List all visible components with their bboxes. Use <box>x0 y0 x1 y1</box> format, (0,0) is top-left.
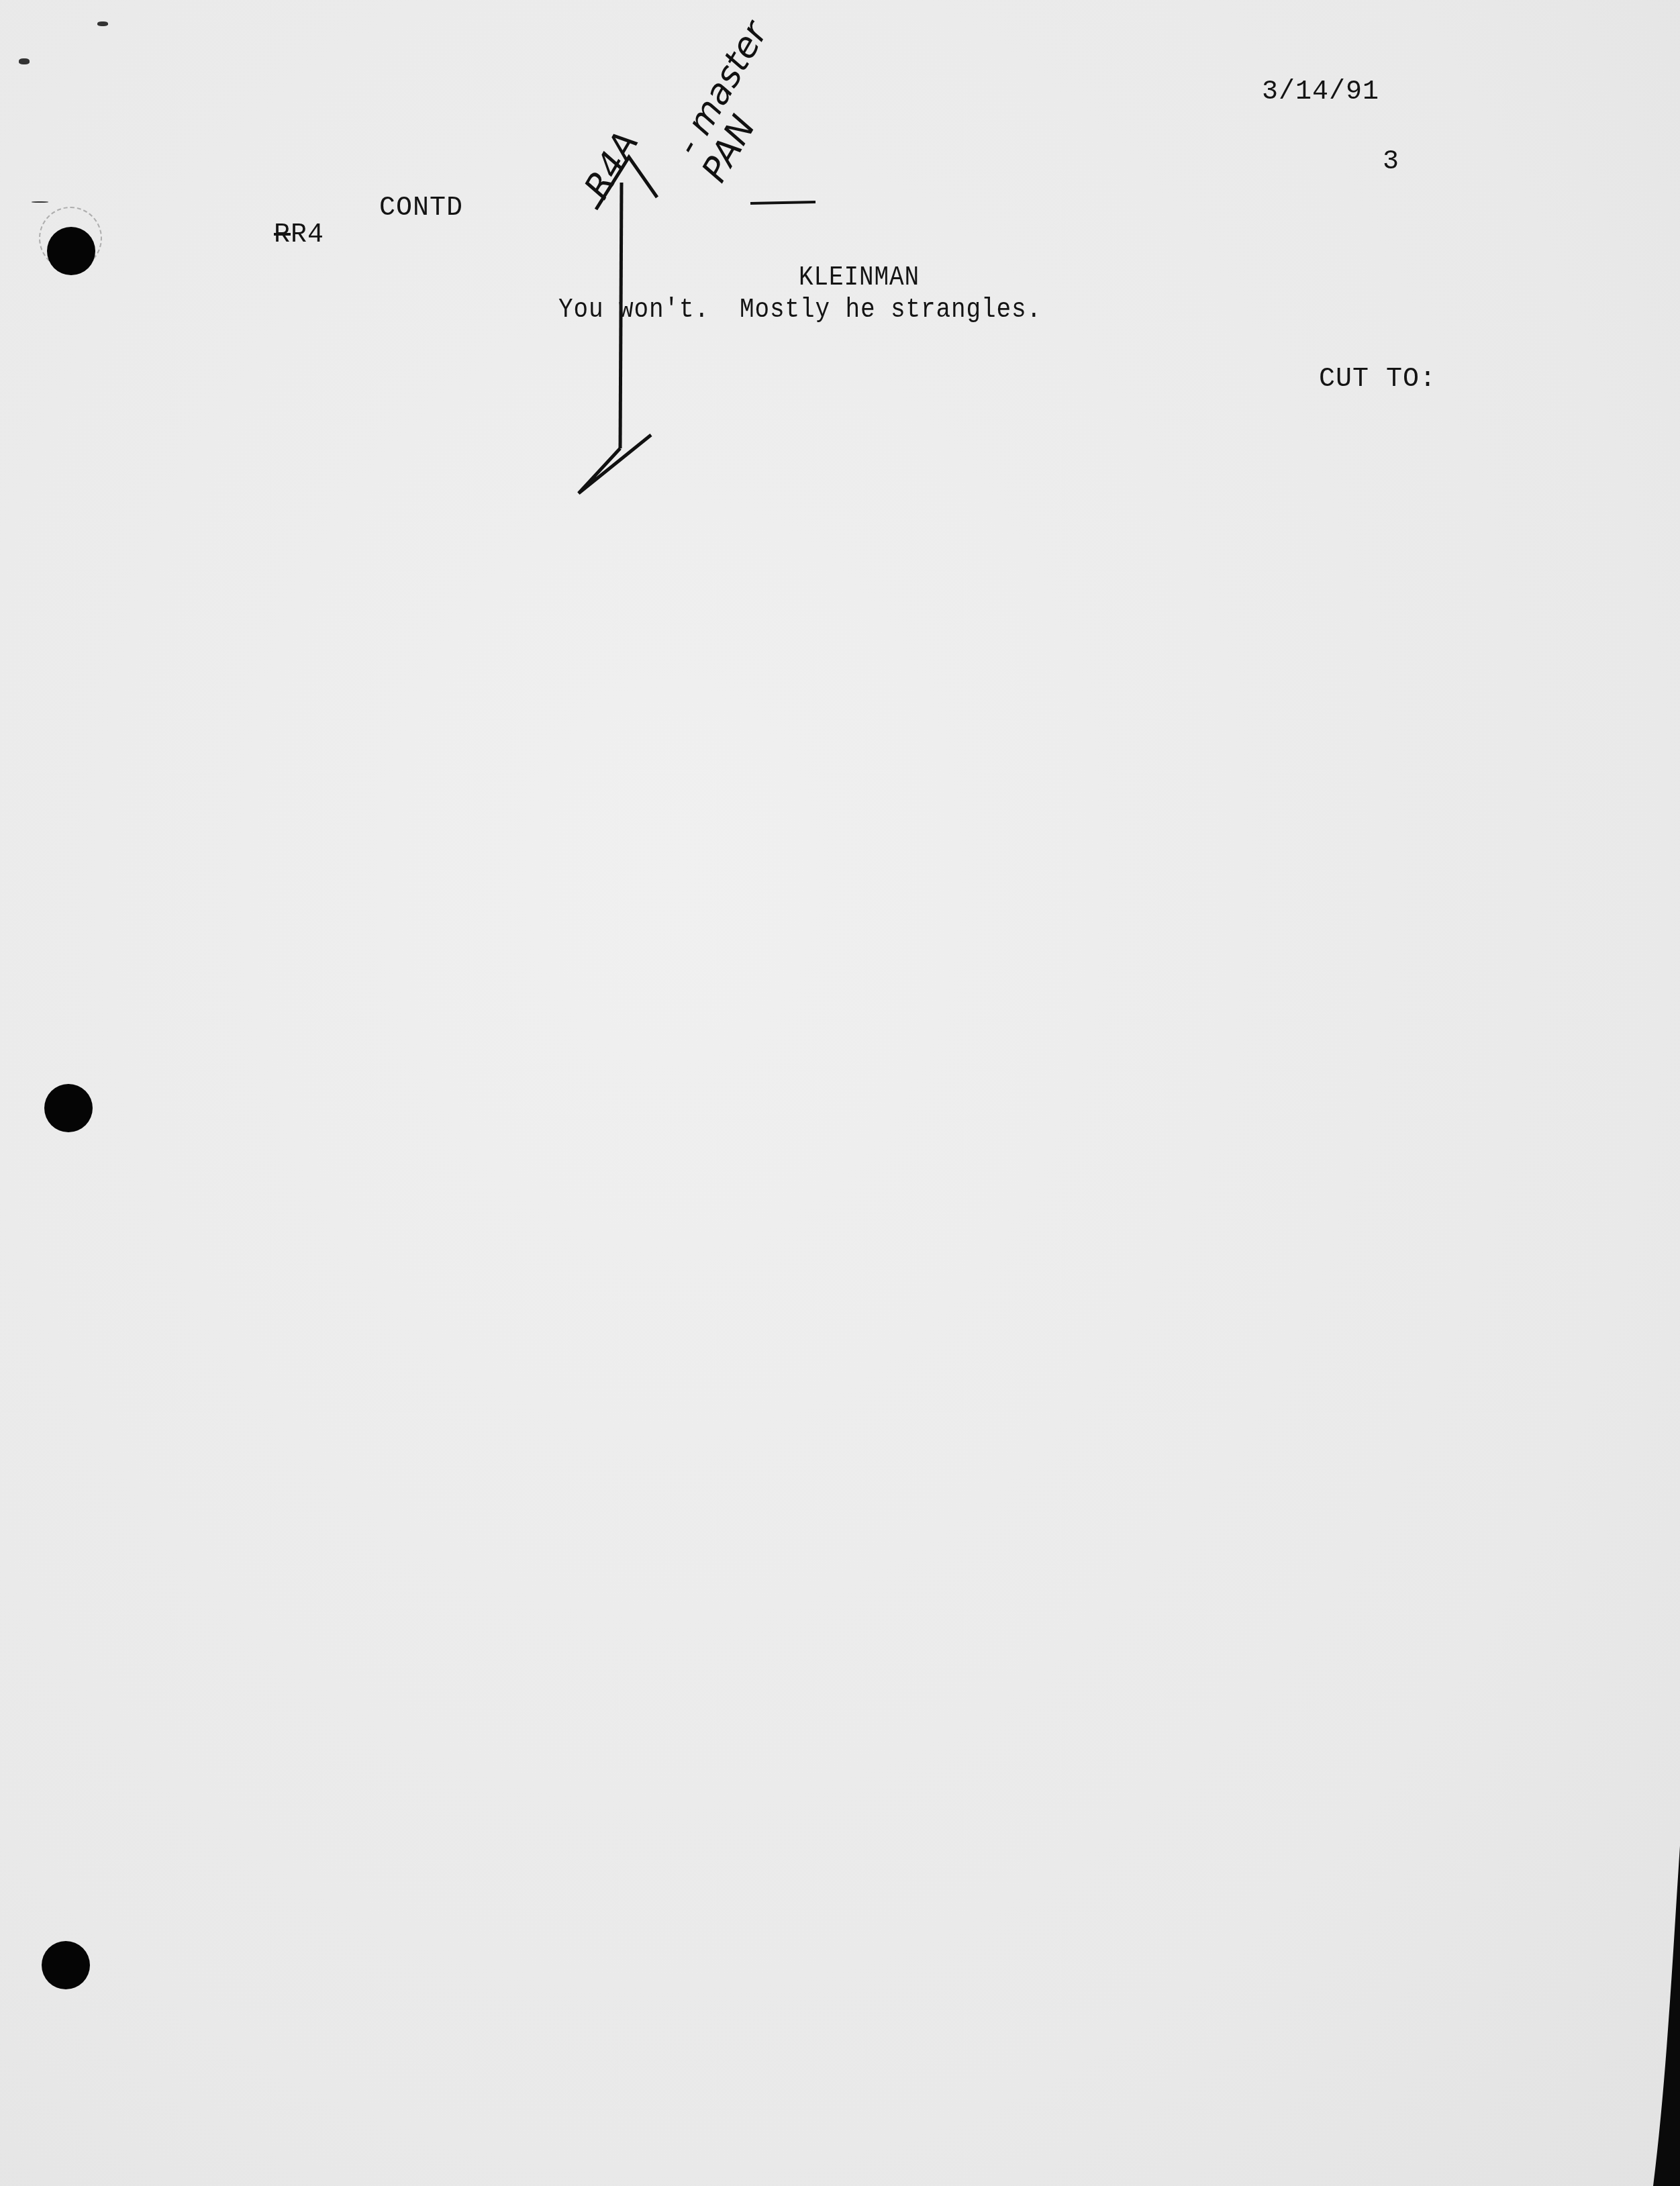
handwritten-annotation: R4A - master PAN <box>0 0 1680 537</box>
punch-hole-bottom <box>42 1941 90 1989</box>
arrow-tail-hook <box>579 435 651 493</box>
punch-hole-middle <box>44 1084 93 1132</box>
handwritten-dash <box>750 202 816 203</box>
shot-arrow-shaft <box>620 183 622 448</box>
